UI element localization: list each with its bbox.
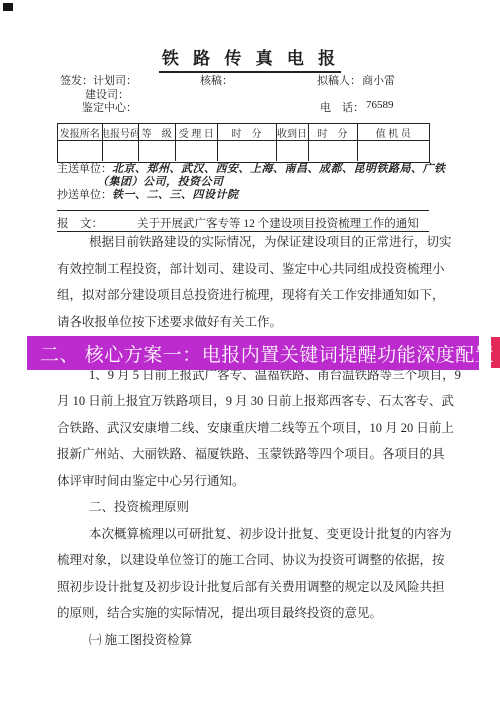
horizontal-rule bbox=[57, 210, 429, 211]
field-drafter-label: 拟稿人： bbox=[317, 72, 361, 88]
promo-banner: 二、 核心方案一：电报内置关键词提醒功能深度配置 bbox=[27, 336, 479, 370]
body-line: 合铁路、武汉安康增二线、安康重庆增二线等五个项目，10 月 20 日前上 bbox=[57, 415, 443, 442]
table-header-cell: 等 级 bbox=[139, 124, 177, 140]
body-line: 体评审时间由鉴定中心另行通知。 bbox=[57, 468, 443, 495]
body-line: 本次概算梳理以可研批复、初步设计批复、变更设计批复的内容为 bbox=[57, 521, 443, 548]
body-line: 根据目前铁路建设的实际情况，为保证建设项目的正常进行，切实 bbox=[57, 229, 443, 256]
scan-artifact-mark bbox=[3, 3, 13, 11]
body-line: 有效控制工程投资，部计划司、建设司、鉴定中心共同组成投资梳理小 bbox=[57, 256, 443, 283]
body-section-heading: 二、投资梳理原则 bbox=[57, 494, 443, 521]
table-cell-empty bbox=[139, 141, 177, 161]
body-line: 月 10 日前上报宜万铁路项目，9 月 30 日前上报郑西客专、石太客专、武 bbox=[57, 388, 443, 415]
table-header-cell: 收到日 bbox=[277, 124, 309, 140]
field-check-draft: 核稿： bbox=[200, 72, 233, 88]
field-drafter-value: 商小雷 bbox=[362, 72, 395, 88]
table-cell-empty bbox=[176, 141, 218, 161]
table-header-cell: 值 机 员 bbox=[358, 124, 430, 140]
field-phone-value: 76589 bbox=[366, 99, 394, 111]
table-cell-empty bbox=[103, 141, 139, 161]
subject-row: 报 文： 关于开展武广客专等 12 个建设项目投资梳理工作的通知 bbox=[57, 215, 443, 230]
table-header-cell: 时 分 bbox=[218, 124, 277, 140]
routing-table-header-row: 发报所名 电报号码 等 级 受 理 日 时 分 收到日 时 分 值 机 员 bbox=[58, 124, 429, 141]
main-recipients-line: 主送单位：北京、郑州、武汉、西安、上海、南昌、成都、昆明铁路局、广铁 bbox=[57, 163, 443, 176]
table-header-cell: 受 理 日 bbox=[176, 124, 218, 140]
copy-recipients-line: 抄送单位：铁一、二、三、四设计院 bbox=[57, 189, 443, 202]
fax-telegram-page: 铁 路 传 真 电 报 签发：计划司： 核稿： 拟稿人： 商小雷 建设司： 鉴定… bbox=[0, 0, 500, 708]
body-subsection-heading: ㈠ 施工图投资检算 bbox=[57, 627, 443, 654]
body-line: 梳理对象，以建设单位签订的施工合同、协议为投资可调整的依据，按 bbox=[57, 547, 443, 574]
table-cell-empty bbox=[309, 141, 358, 161]
document-title: 铁 路 传 真 电 报 bbox=[0, 44, 500, 69]
field-appraisal-center: 鉴定中心： bbox=[82, 99, 137, 115]
main-recipients-value: 北京、郑州、武汉、西安、上海、南昌、成都、昆明铁路局、广铁 bbox=[112, 163, 446, 175]
routing-table: 发报所名 电报号码 等 级 受 理 日 时 分 收到日 时 分 值 机 员 bbox=[57, 123, 430, 163]
table-cell-empty bbox=[218, 141, 277, 161]
telegram-body: 根据目前铁路建设的实际情况，为保证建设项目的正常进行，切实 有效控制工程投资，部… bbox=[57, 229, 443, 653]
main-recipients-value-2: （集团）公司，投资公司 bbox=[97, 176, 224, 188]
table-cell-empty bbox=[277, 141, 309, 161]
promo-banner-text: 二、 核心方案一：电报内置关键词提醒功能深度配置 bbox=[40, 340, 494, 367]
table-cell-empty bbox=[58, 141, 103, 161]
main-recipients-label: 主送单位： bbox=[57, 163, 112, 175]
table-header-cell: 电报号码 bbox=[103, 124, 139, 140]
body-line: 报新广州站、大丽铁路、福厦铁路、玉蒙铁路等四个项目。各项目的具 bbox=[57, 441, 443, 468]
table-cell-empty bbox=[358, 141, 430, 161]
copy-recipients-label: 抄送单位： bbox=[57, 189, 112, 201]
document-title-text: 铁 路 传 真 电 报 bbox=[159, 49, 341, 73]
body-line: 照初步设计批复及初步设计批复后部有关费用调整的规定以及风险共担 bbox=[57, 574, 443, 601]
table-header-cell: 时 分 bbox=[309, 124, 358, 140]
field-phone-label: 电 话： bbox=[320, 99, 364, 115]
table-header-cell: 发报所名 bbox=[58, 124, 103, 140]
routing-table-empty-row bbox=[58, 141, 429, 161]
recipients-block: 主送单位：北京、郑州、武汉、西安、上海、南昌、成都、昆明铁路局、广铁 （集团）公… bbox=[57, 163, 443, 203]
copy-recipients-value: 铁一、二、三、四设计院 bbox=[112, 189, 239, 201]
body-line: 的原则，结合实施的实际情况，提出项目最终投资的意见。 bbox=[57, 600, 443, 627]
main-recipients-continuation: （集团）公司，投资公司 bbox=[57, 176, 443, 189]
body-line: 组，拟对部分建设项目总投资进行梳理，现将有关工作安排通知如下， bbox=[57, 282, 443, 309]
body-line: 请各收报单位按下述要求做好有关工作。 bbox=[57, 309, 443, 336]
